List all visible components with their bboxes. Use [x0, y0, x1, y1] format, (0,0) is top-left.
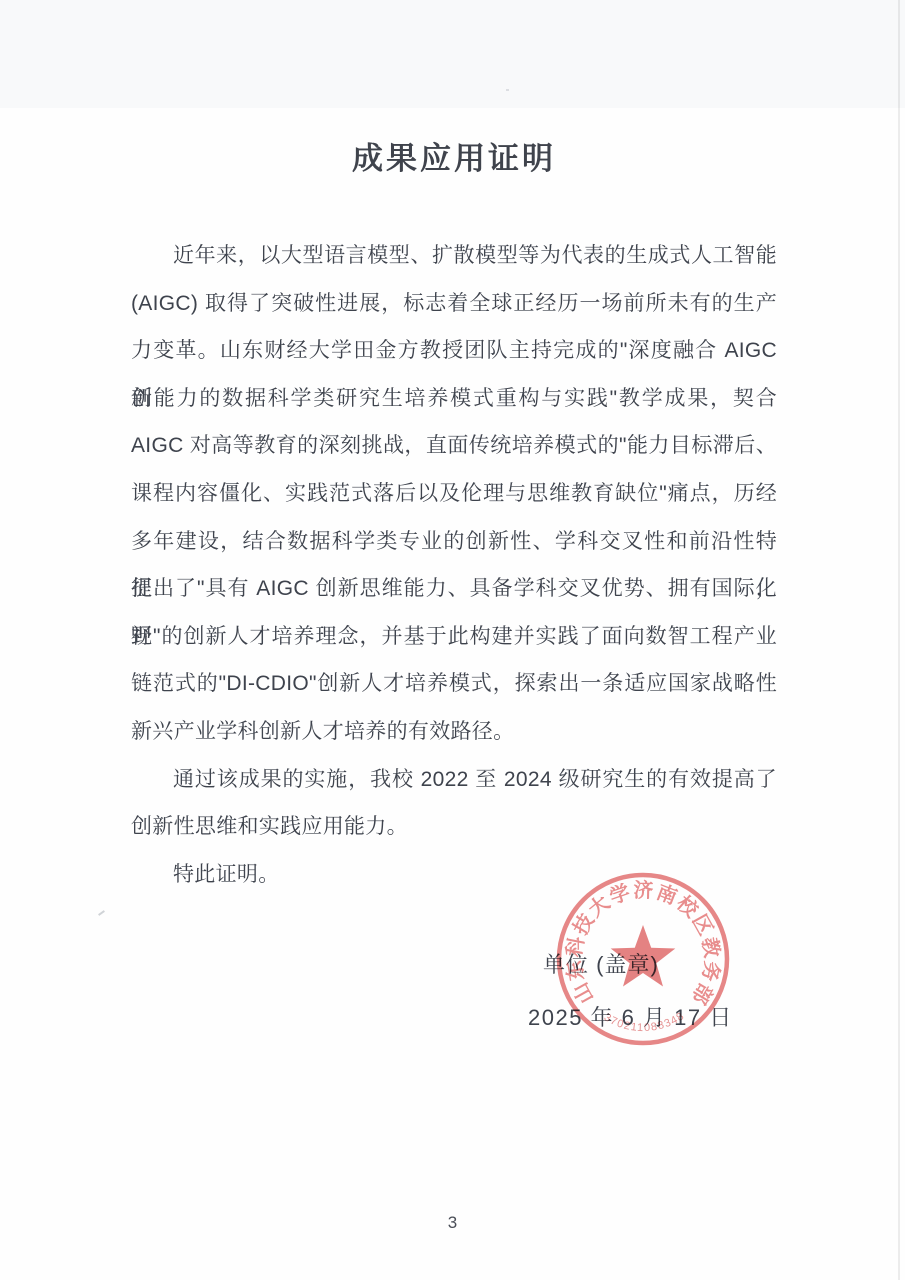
body-line: 课程内容僵化、实践范式落后以及伦理与思维教育缺位"痛点，历经 [131, 470, 777, 518]
official-stamp: 山东科技大学济南校区教务部 3702110883482 [533, 849, 753, 1069]
body-line: 创新性思维和实践应用能力。 [131, 803, 777, 851]
body-line: 力变革。山东财经大学田金方教授团队主持完成的"深度融合 AIGC 创 [131, 327, 777, 375]
scan-artifact-speck [98, 910, 105, 916]
page-title: 成果应用证明 [131, 133, 777, 178]
body-line: (AIGC) 取得了突破性进展，标志着全球正经历一场前所未有的生产 [131, 280, 777, 328]
body-line: 通过该成果的实施，我校 2022 至 2024 级研究生的有效提高了 [131, 756, 777, 804]
body-line: 野"的创新人才培养理念，并基于此构建并实践了面向数智工程产业 [131, 613, 777, 661]
body-line: 提出了"具有 AIGC 创新思维能力、具备学科交叉优势、拥有国际化视 [131, 565, 777, 613]
scan-edge-line [898, 0, 900, 1280]
body-line: 多年建设，结合数据科学类专业的创新性、学科交叉性和前沿性特征， [131, 518, 777, 566]
certificate-page: 成果应用证明 近年来，以大型语言模型、扩散模型等为代表的生成式人工智能 (AIG… [0, 0, 905, 1280]
certificate-body: 近年来，以大型语言模型、扩散模型等为代表的生成式人工智能 (AIGC) 取得了突… [131, 232, 777, 898]
body-line: 近年来，以大型语言模型、扩散模型等为代表的生成式人工智能 [131, 232, 777, 280]
body-line: 新能力的数据科学类研究生培养模式重构与实践"教学成果，契合 [131, 375, 777, 423]
scan-artifact-speck [506, 89, 509, 91]
stamp-star-icon [611, 925, 676, 987]
body-line: 链范式的"DI-CDIO"创新人才培养模式，探索出一条适应国家战略性 [131, 660, 777, 708]
scan-top-band [0, 0, 905, 108]
page-number: 3 [0, 1213, 905, 1233]
body-line: AIGC 对高等教育的深刻挑战，直面传统培养模式的"能力目标滞后、 [131, 422, 777, 470]
body-line: 新兴产业学科创新人才培养的有效路径。 [131, 708, 777, 756]
